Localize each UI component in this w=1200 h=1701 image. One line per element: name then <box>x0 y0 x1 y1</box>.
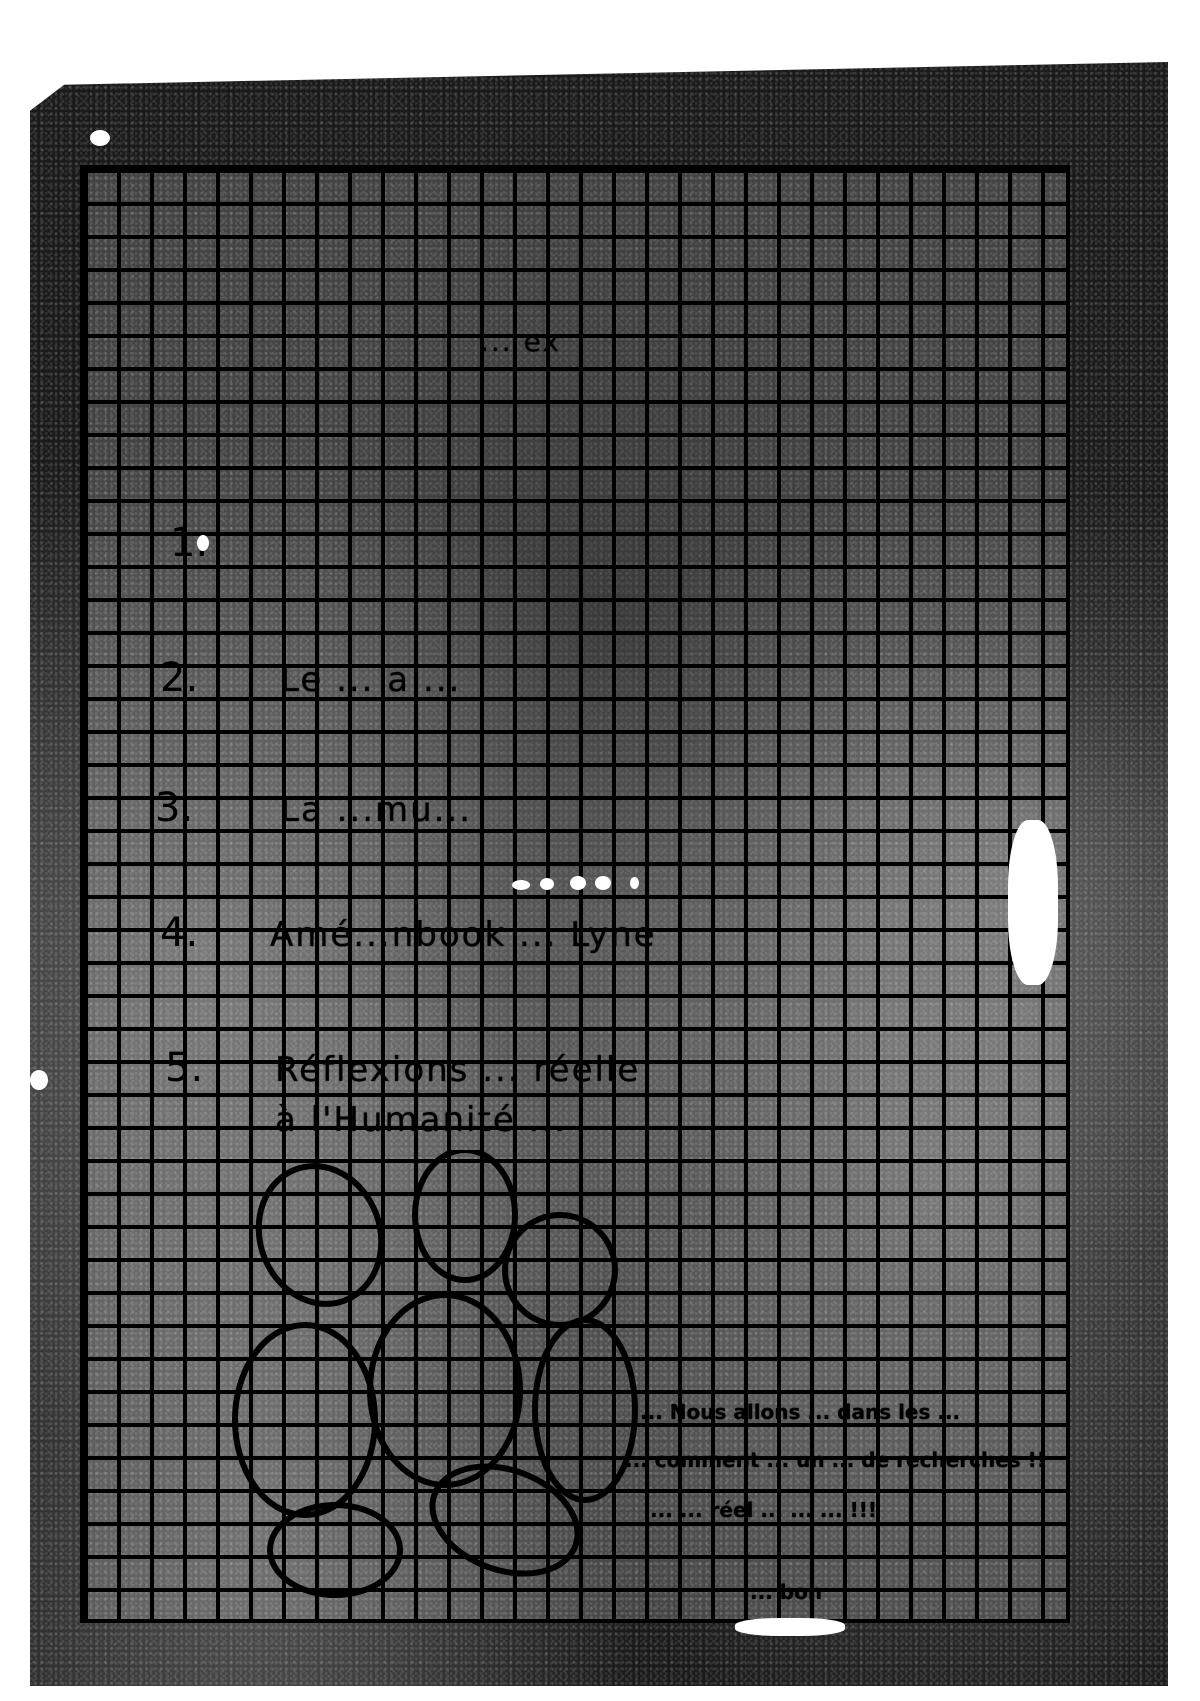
paper-damage-mark <box>90 130 110 146</box>
paper-damage-mark <box>540 878 554 890</box>
outline-item-continuation: à l'Humanité ... <box>275 1100 567 1140</box>
paper-damage-mark <box>30 1070 48 1090</box>
paper-damage-mark <box>512 880 530 890</box>
paper-damage-mark <box>570 876 586 890</box>
note-line: ... Nous allons ... dans les ... <box>640 1400 960 1424</box>
outline-number: 5. <box>165 1045 203 1091</box>
outline-item-text: Réflexions ... réelle <box>275 1050 640 1090</box>
note-line: ... ... réel ... ... ... !!! <box>650 1498 877 1522</box>
paper-damage-mark <box>1008 820 1058 985</box>
paper-damage-mark <box>595 876 611 890</box>
page-title: ... ex <box>480 325 561 358</box>
outline-number: 1. <box>170 520 208 566</box>
outline-item-text: Le ... a ... <box>280 660 461 700</box>
note-line: ... bon <box>750 1580 822 1604</box>
outline-item-text: Amé...nbook ... Lyne <box>270 915 657 955</box>
paper-damage-mark <box>630 877 639 889</box>
outline-number: 3. <box>155 785 193 831</box>
outline-item-text: La ...mu... <box>280 790 472 830</box>
note-line: ... comment ... un ... de recherches !! <box>625 1448 1046 1472</box>
outline-number: 4. <box>160 910 198 956</box>
paper-damage-mark <box>735 1618 845 1636</box>
flower-doodle <box>215 1150 655 1600</box>
outline-number: 2. <box>160 655 198 701</box>
